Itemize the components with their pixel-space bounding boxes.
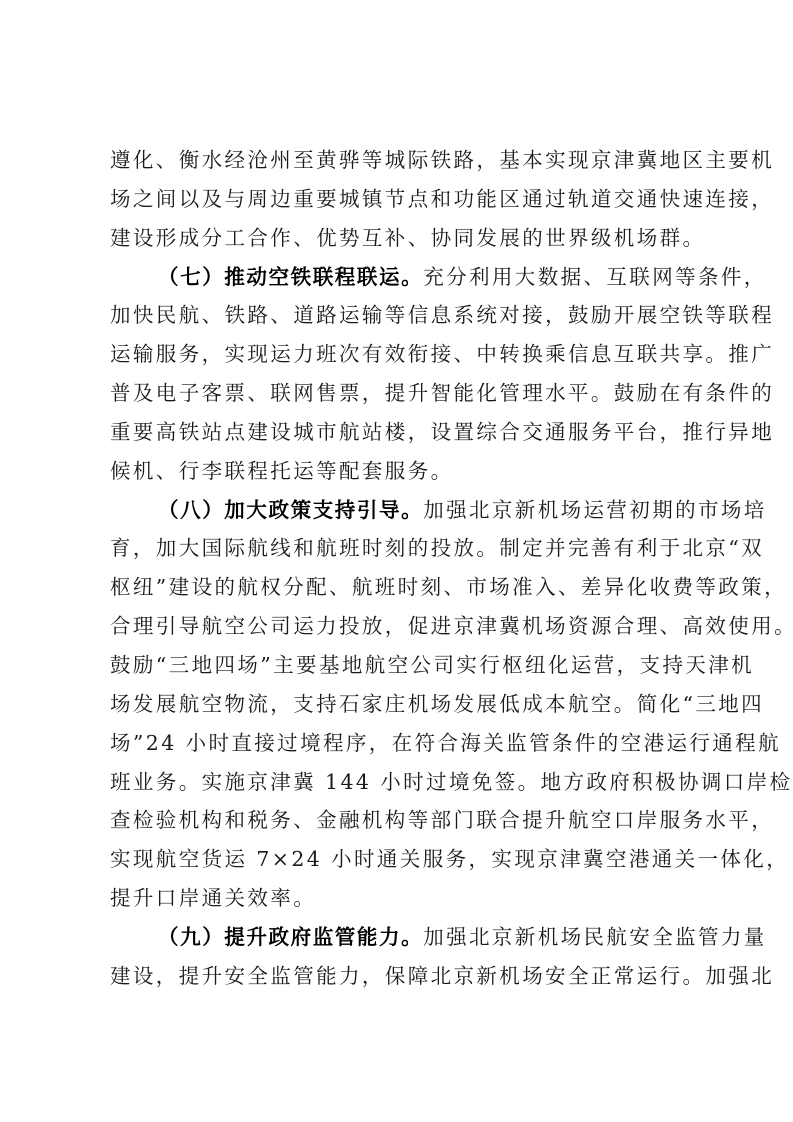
section-heading: （九）提升政府监管能力。	[158, 925, 423, 949]
text-run: 充分利用大数据、互联网等条件，	[423, 265, 767, 289]
text-line: 育，加大国际航线和航班时刻的投放。制定并完善有利于北京“双	[110, 529, 686, 568]
text-line: 实现航空货运 7×24 小时通关服务，实现京津冀空港通关一体化，	[110, 840, 686, 879]
text-line: 班业务。实施京津冀 144 小时过境免签。地方政府积极协调口岸检	[110, 763, 686, 802]
text-line: 普及电子客票、联网售票，提升智能化管理水平。鼓励在有条件的	[110, 374, 686, 413]
paragraph-continuation: 遵化、衡水经沧州至黄骅等城际铁路，基本实现京津冀地区主要机 场之间以及与周边重要…	[110, 141, 686, 258]
text-run: 加强北京新机场民航安全监管力量	[423, 925, 767, 949]
text-line: 枢纽”建设的航权分配、航班时刻、市场准入、差异化收费等政策，	[110, 568, 686, 607]
text-line: 场”24 小时直接过境程序，在符合海关监管条件的空港运行通程航	[110, 724, 686, 763]
text-line: 合理引导航空公司运力投放，促进京津冀机场资源合理、高效使用。	[110, 607, 686, 646]
text-line-first: （七）推动空铁联程联运。充分利用大数据、互联网等条件，	[110, 258, 686, 297]
text-line: 建设，提升安全监管能力，保障北京新机场安全正常运行。加强北	[110, 957, 686, 996]
paragraph-section-9: （九）提升政府监管能力。加强北京新机场民航安全监管力量 建设，提升安全监管能力，…	[110, 918, 686, 996]
document-page: 遵化、衡水经沧州至黄骅等城际铁路，基本实现京津冀地区主要机 场之间以及与周边重要…	[110, 141, 686, 996]
text-line: 查检验机构和税务、金融机构等部门联合提升航空口岸服务水平，	[110, 801, 686, 840]
text-line-first: （九）提升政府监管能力。加强北京新机场民航安全监管力量	[110, 918, 686, 957]
text-line: 重要高铁站点建设城市航站楼，设置综合交通服务平台，推行异地	[110, 413, 686, 452]
text-line-first: （八）加大政策支持引导。加强北京新机场运营初期的市场培	[110, 491, 686, 530]
text-line: 场之间以及与周边重要城镇节点和功能区通过轨道交通快速连接，	[110, 180, 686, 219]
text-line: 建设形成分工合作、优势互补、协同发展的世界级机场群。	[110, 219, 686, 258]
section-heading: （七）推动空铁联程联运。	[158, 265, 423, 289]
text-line: 鼓励“三地四场”主要基地航空公司实行枢纽化运营，支持天津机	[110, 646, 686, 685]
text-run: 加强北京新机场运营初期的市场培	[423, 498, 767, 522]
paragraph-section-7: （七）推动空铁联程联运。充分利用大数据、互联网等条件， 加快民航、铁路、道路运输…	[110, 258, 686, 491]
section-heading: （八）加大政策支持引导。	[158, 498, 423, 522]
text-line: 候机、行李联程托运等配套服务。	[110, 452, 686, 491]
text-line: 场发展航空物流，支持石家庄机场发展低成本航空。简化“三地四	[110, 685, 686, 724]
text-line: 提升口岸通关效率。	[110, 879, 686, 918]
paragraph-section-8: （八）加大政策支持引导。加强北京新机场运营初期的市场培 育，加大国际航线和航班时…	[110, 491, 686, 918]
text-line: 运输服务，实现运力班次有效衔接、中转换乘信息互联共享。推广	[110, 335, 686, 374]
text-line: 遵化、衡水经沧州至黄骅等城际铁路，基本实现京津冀地区主要机	[110, 141, 686, 180]
text-line: 加快民航、铁路、道路运输等信息系统对接，鼓励开展空铁等联程	[110, 296, 686, 335]
